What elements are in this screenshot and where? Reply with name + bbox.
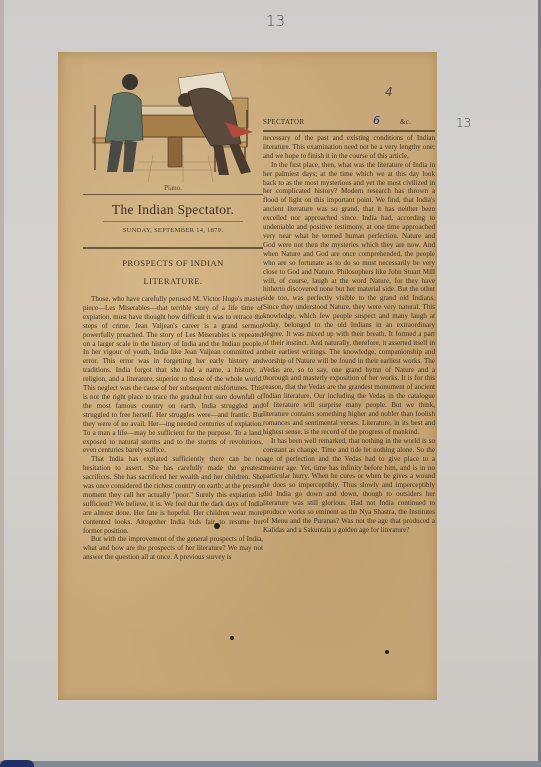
paragraph: In the first place, then, what was the l… <box>263 161 435 437</box>
article-title-line-2: LITERATURE. <box>83 272 263 290</box>
running-head-suffix: &c. <box>400 118 411 126</box>
bottom-edge-strip <box>0 761 541 767</box>
newspaper-masthead: The Indian Spectator. <box>83 202 263 218</box>
divider <box>83 247 263 249</box>
newspaper-clipping: 4 <box>58 52 437 700</box>
left-column-text: Those, who have carefully perused M. Vic… <box>83 295 263 645</box>
right-column-text: necessary of the past and existing condi… <box>263 134 435 594</box>
ink-stain <box>230 636 234 640</box>
illustration-caption: Piano. <box>83 184 263 192</box>
pencil-annotation-top: 13 <box>266 12 285 30</box>
paragraph: It has been well remarked, that nothing … <box>263 437 435 535</box>
paragraph: But with the improvement of the general … <box>83 535 263 562</box>
paragraph: Those, who have carefully perused M. Vic… <box>83 295 263 455</box>
mount-left-edge <box>0 0 4 767</box>
divider <box>83 194 263 195</box>
pencil-page-mark: 4 <box>385 85 393 99</box>
paragraph: That India has expiated sufficiently the… <box>83 455 263 535</box>
ink-stain <box>385 650 389 654</box>
pencil-annotation-right: 13 <box>456 116 471 130</box>
ink-page-number: 6 <box>373 114 380 127</box>
divider <box>263 130 435 132</box>
bottom-left-object <box>0 760 34 767</box>
article-title-line-1: PROSPECTS OF INDIAN <box>83 254 263 272</box>
ink-stain <box>214 523 220 529</box>
piano-illustration <box>83 60 263 182</box>
dateline: SUNDAY, SEPTEMBER 14, 1879. <box>83 227 263 234</box>
divider <box>103 221 243 222</box>
running-head-label: SPECTATOR <box>263 118 304 126</box>
running-head: SPECTATOR &c. <box>263 118 443 126</box>
article-title: PROSPECTS OF INDIAN LITERATURE. <box>83 254 263 290</box>
paragraph: necessary of the past and existing condi… <box>263 134 435 161</box>
